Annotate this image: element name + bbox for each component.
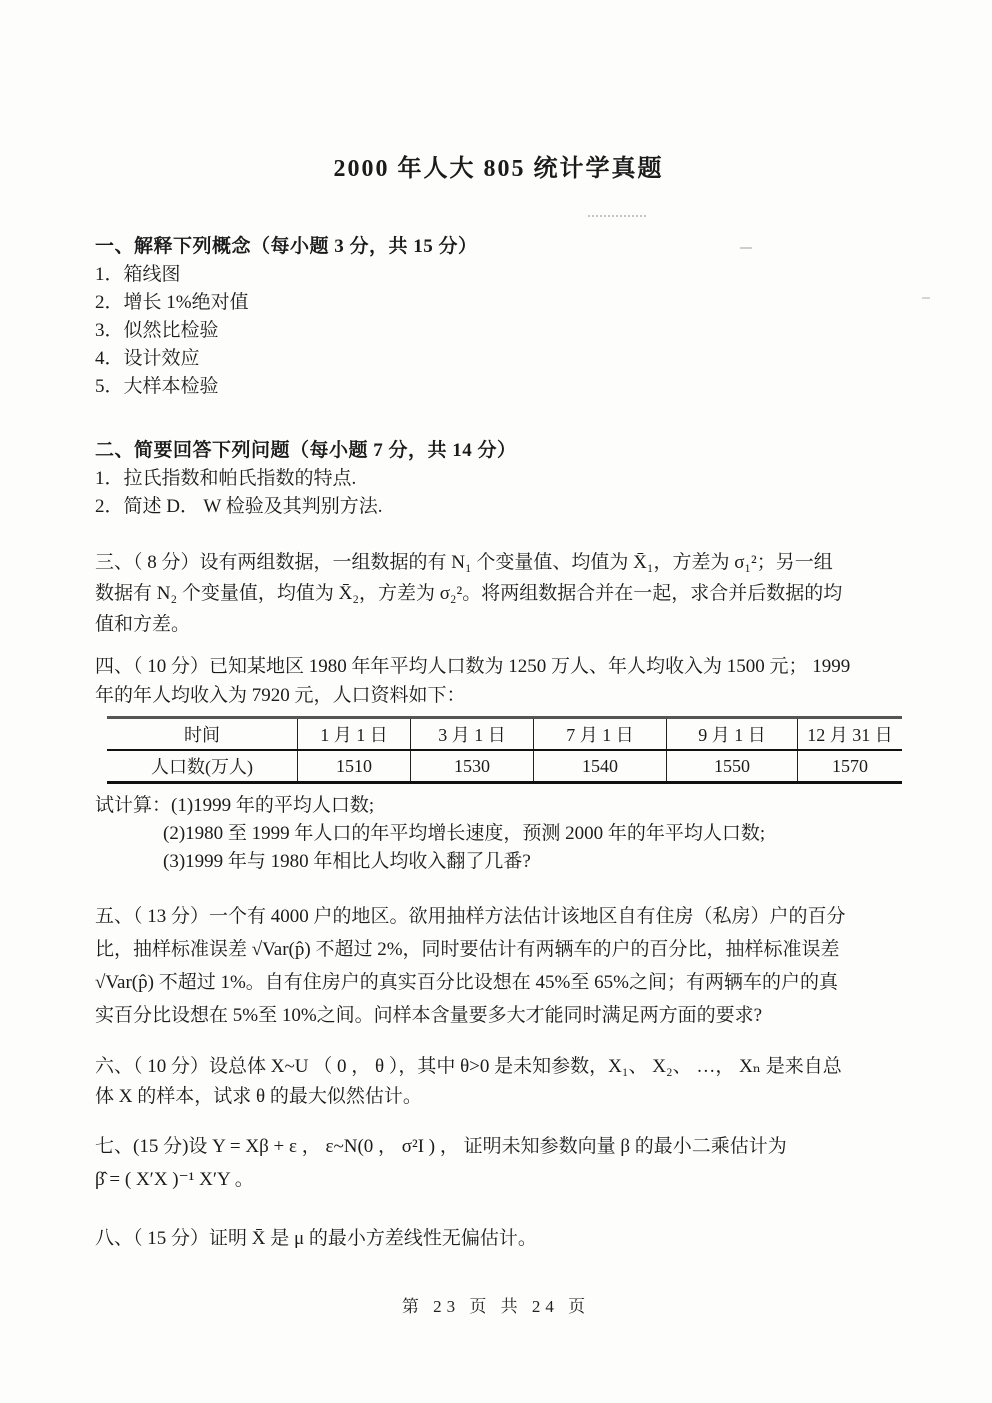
exam-page: 2000 年人大 805 统计学真题 一、解释下列概念（每小题 3 分，共 15… [0,0,992,1403]
table-cell: 人口数(万人) [107,750,298,783]
section-one: 一、解释下列概念（每小题 3 分，共 15 分） 1．箱线图 2．增长 1%绝对… [95,233,902,401]
list-item: 3．似然比检验 [95,317,902,345]
paragraph-line: 六、（ 10 分）设总体 X~U （ 0 ， θ ），其中 θ>0 是未知参数，… [95,1052,902,1082]
paragraph-line: 实百分比设想在 5%至 10%之间。问样本含量要多大才能同时满足两方面的要求? [95,999,902,1032]
table-cell: 9 月 1 日 [667,718,798,751]
paragraph-line: 七、(15 分)设 Y = Xβ + ε ， ε~N(0 ， σ²I ) ， 证… [95,1130,902,1163]
section-seven: 七、(15 分)设 Y = Xβ + ε ， ε~N(0 ， σ²I ) ， 证… [95,1130,902,1196]
paragraph-line: 五、（ 13 分）一个有 4000 户的地区。欲用抽样方法估计该地区自有住房（私… [95,900,902,933]
table-row: 人口数(万人) 1510 1530 1540 1550 1570 [107,750,902,783]
paragraph-line: 三、（ 8 分）设有两组数据，一组数据的有 N₁ 个变量值、均值为 X̄₁，方差… [95,547,902,578]
list-item: 1．箱线图 [95,261,902,289]
paragraph-line: 比，抽样标准误差 √Var(p̂) 不超过 2%，同时要估计有两辆车的户的百分比… [95,933,902,966]
list-item: 2．增长 1%绝对值 [95,289,902,317]
paragraph-line: 年的年人均收入为 7920 元，人口资料如下： [95,681,902,710]
paragraph-line: 八、（ 15 分）证明 X̄ 是 μ 的最小方差线性无偏估计。 [95,1224,902,1254]
list-item: 4．设计效应 [95,345,902,373]
page-title: 2000 年人大 805 统计学真题 [95,148,902,183]
table-cell: 7 月 1 日 [534,718,667,751]
table-cell: 1510 [298,750,411,783]
section-two: 二、简要回答下列问题（每小题 7 分，共 14 分） 1．拉氏指数和帕氏指数的特… [95,437,902,521]
table-cell: 1550 [667,750,798,783]
scan-artifact [922,297,930,299]
section-six: 六、（ 10 分）设总体 X~U （ 0 ， θ ），其中 θ>0 是未知参数，… [95,1052,902,1112]
list-item: 1．拉氏指数和帕氏指数的特点. [95,465,902,493]
section-two-heading: 二、简要回答下列问题（每小题 7 分，共 14 分） [95,437,902,465]
table-cell: 1540 [534,750,667,783]
table-cell: 12 月 31 日 [798,718,903,751]
paragraph-line: √Var(p̂) 不超过 1%。自有住房户的真实百分比设想在 45%至 65%之… [95,966,902,999]
section-five: 五、（ 13 分）一个有 4000 户的地区。欲用抽样方法估计该地区自有住房（私… [95,900,902,1032]
table-header-row: 时间 1 月 1 日 3 月 1 日 7 月 1 日 9 月 1 日 12 月 … [107,718,902,751]
list-item: 5．大样本检验 [95,373,902,401]
section-one-heading: 一、解释下列概念（每小题 3 分，共 15 分） [95,233,902,261]
list-item: 2．简述 D． W 检验及其判别方法. [95,493,902,521]
scan-artifact [588,215,646,217]
table-cell: 3 月 1 日 [411,718,534,751]
paragraph-line: 四、（ 10 分）已知某地区 1980 年年平均人口数为 1250 万人、年人均… [95,652,902,681]
table-cell: 1570 [798,750,903,783]
section-eight: 八、（ 15 分）证明 X̄ 是 μ 的最小方差线性无偏估计。 [95,1224,902,1254]
table-cell: 1530 [411,750,534,783]
table-cell: 1 月 1 日 [298,718,411,751]
page-footer: 第 23 页 共 24 页 [0,1292,992,1317]
paragraph-line: 数据有 N₂ 个变量值，均值为 X̄₂，方差为 σ₂²。将两组数据合并在一起，求… [95,578,902,609]
section-four: 四、（ 10 分）已知某地区 1980 年年平均人口数为 1250 万人、年人均… [95,652,902,876]
paragraph-line: β̂ = ( X′X )⁻¹ X′Y 。 [95,1163,902,1196]
paragraph-line: 体 X 的样本，试求 θ 的最大似然估计。 [95,1082,902,1112]
population-table: 时间 1 月 1 日 3 月 1 日 7 月 1 日 9 月 1 日 12 月 … [107,716,902,784]
table-cell: 时间 [107,718,298,751]
task-line: (2)1980 至 1999 年人口的年平均增长速度，预测 2000 年的年平均… [163,820,902,848]
task-line: (3)1999 年与 1980 年相比人均收入翻了几番? [163,848,902,876]
paragraph-line: 值和方差。 [95,609,902,640]
tasks-intro: 试计算：(1)1999 年的平均人口数; [95,792,902,820]
section-three: 三、（ 8 分）设有两组数据，一组数据的有 N₁ 个变量值、均值为 X̄₁，方差… [95,547,902,640]
